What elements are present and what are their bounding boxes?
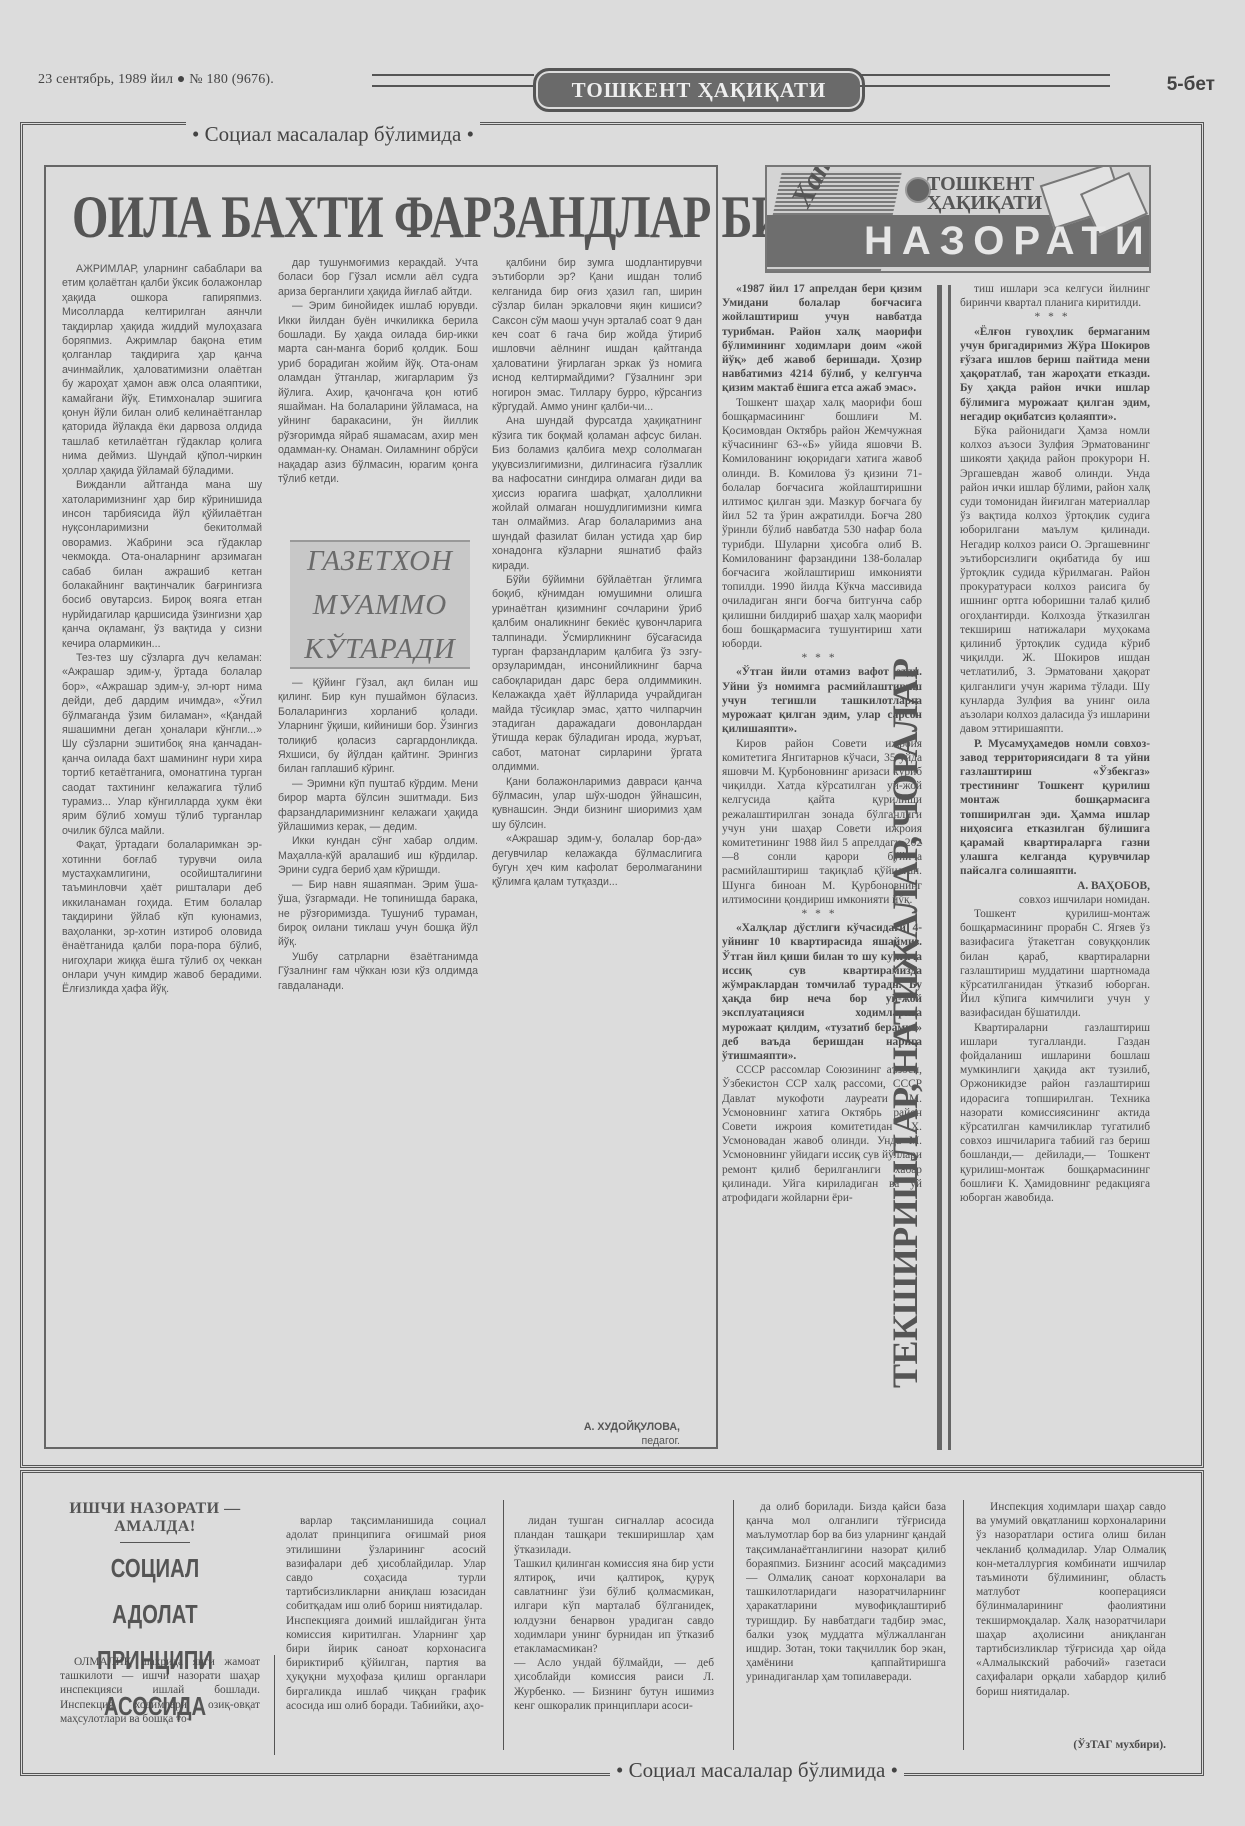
bottom-article-column-5: Инспекция ходимлари шаҳар савдо ва умуми… [976, 1500, 1166, 1740]
news-agency-credit: (ЎзТАГ мухбири). [976, 1738, 1166, 1752]
bottom-article-column-1: ОЛМАЛИҚ шаҳрида янги жамоат ташкилоти — … [60, 1655, 260, 1755]
main-article-column-3: қалбини бир зумга шодлантирувчи эътиборл… [492, 256, 702, 1371]
reader-letter: «Ёлғон гувоҳлик бермаганим учун бригадир… [960, 325, 1150, 424]
paragraph: варлар тақсимланишида социал адолат прин… [286, 1514, 486, 1713]
author-role: педагог. [492, 1434, 680, 1448]
reader-letter: Р. Мусамуҳамедов номли совхоз-завод терр… [960, 737, 1150, 879]
paragraph: — Эрим бинойидек ишлаб юрувди. Икки йилд… [278, 299, 478, 486]
kicker-line: ИШЧИ НАЗОРАТИ — [40, 1500, 270, 1518]
paragraph: қалбини бир зумга шодлантирувчи эътиборл… [492, 256, 702, 414]
letters-under-control-banner: Хатлар ТОШКЕНТ ҲАҚИҚАТИ НАЗОРАТИДА [765, 165, 1151, 273]
reader-letter: «1987 йил 17 апрелдан бери қизим Умидани… [722, 282, 922, 396]
separator-stars: *** [960, 310, 1150, 324]
rubric-reader-raises-problem: ГАЗЕТХОН МУАММО КЎТАРАДИ [290, 540, 470, 669]
paragraph: Инспекция ходимлари шаҳар савдо ва умуми… [976, 1500, 1166, 1699]
section-title-bottom: • Социал масалалар бўлимида • [610, 1758, 904, 1783]
rubric-line: ГАЗЕТХОН [307, 539, 453, 583]
paragraph: Тез-тез шу сўзларга дуч келаман: «Ажраша… [62, 651, 262, 838]
main-article-column-2: дар тушунмоғимиз керакдай. Учта боласи б… [278, 256, 478, 526]
section-title-top: • Социал масалалар бўлимида • [186, 122, 480, 147]
letter-signature: А. ВАҲОБОВ, [960, 879, 1150, 893]
paragraph: ОЛМАЛИҚ шаҳрида янги жамоат ташкилоти — … [60, 1655, 260, 1726]
response: Тошкент шаҳар халқ маорифи бош бошқармас… [722, 396, 922, 652]
column-divider [963, 1500, 964, 1750]
bottom-article-column-3: лидан тушган сигналлар асосида пландан т… [514, 1500, 714, 1756]
paragraph: Икки кундан сўнг хабар олдим. Маҳалла-кў… [278, 834, 478, 877]
article-signature: А. ХУДОЙҚУЛОВА, педагог. [492, 1420, 680, 1454]
paragraph: АЖРИМЛАР, уларнинг сабаблари ва етим қол… [62, 262, 262, 478]
vertical-headline: ТЕКШИРИШЛАР, НАТИЖАЛАР, ЧОРАЛАР [884, 659, 926, 1388]
banner-brand: ТОШКЕНТ ҲАҚИҚАТИ [927, 175, 1042, 213]
main-article-column-2-continued: — Қўйинг Гўзал, ақл билан иш қилинг. Бир… [278, 676, 478, 1416]
bottom-article-source: (ЎзТАГ мухбири). [976, 1738, 1166, 1756]
paragraph: Ушбу сатрларни ёзаётганимда Гўзалнинг ға… [278, 950, 478, 993]
kicker-rule [120, 1542, 190, 1543]
page-number: 5-бет [1167, 74, 1215, 96]
paragraph: лидан тушган сигналлар асосида пландан т… [514, 1514, 714, 1713]
paragraph: Фақат, ўртадаги болаларимкан эр-хотинни … [62, 838, 262, 996]
paragraph: Ана шундай фурсатда ҳақиқатнинг кўзига т… [492, 414, 702, 572]
vertical-rule [948, 285, 951, 1450]
control-column-right: тиш ишлари эса келгуси йилнинг биринчи к… [960, 282, 1150, 1452]
masthead-rule-left [372, 74, 534, 87]
banner-brand-line: ҲАҚИҚАТИ [927, 194, 1042, 213]
bottom-article-column-2: варлар тақсимланишида социал адолат прин… [286, 1500, 486, 1756]
paragraph: дар тушунмоғимиз керакдай. Учта боласи б… [278, 256, 478, 299]
column-divider [274, 1655, 275, 1755]
paragraph: — Бир навн яшаяпман. Эрим ўша-ўша, ўзгар… [278, 878, 478, 950]
rubric-line: КЎТАРАДИ [304, 627, 455, 671]
newspaper-nameplate: ТОШКЕНТ ҲАҚИҚАТИ [533, 68, 865, 112]
paragraph: да олиб борилади. Бизда қайси база қанча… [746, 1500, 946, 1685]
bottom-article-column-4: да олиб борилади. Бизда қайси база қанча… [746, 1500, 946, 1756]
column-divider [733, 1500, 734, 1750]
vertical-rule [937, 285, 942, 1450]
author-name: А. ХУДОЙҚУЛОВА, [492, 1420, 680, 1434]
column-divider [503, 1500, 504, 1750]
paragraph: Бўйи бўйимни бўйлаётган ўғлимга боқиб, к… [492, 573, 702, 775]
masthead-rule-right [860, 74, 1110, 87]
response: Квартираларни газлаштириш ишлари тугалла… [960, 1021, 1150, 1206]
response: Тошкент қурилиш-монтаж бошқармасининг пр… [960, 907, 1150, 1021]
banner-title: НАЗОРАТИДА [864, 219, 1151, 264]
response: тиш ишлари эса келгуси йилнинг биринчи к… [960, 282, 1150, 310]
kicker-line: АМАЛДА! [40, 1518, 270, 1536]
issue-date-and-number: 23 сентябрь, 1989 йил ● № 180 (9676). [38, 72, 274, 88]
paragraph: Вижданли айтганда мана шу хатоларимизнин… [62, 478, 262, 651]
response: Бўка районидаги Ҳамза номли колхоз аъзос… [960, 424, 1150, 736]
paragraph: — Қўйинг Гўзал, ақл билан иш қилинг. Бир… [278, 676, 478, 777]
paragraph: — Эримни кўп пуштаб кўрдим. Мени бирор м… [278, 777, 478, 835]
rubric-line: МУАММО [313, 583, 447, 627]
main-article-column-1: АЖРИМЛАР, уларнинг сабаблари ва етим қол… [62, 262, 262, 1412]
newspaper-name: ТОШКЕНТ ҲАҚИҚАТИ [572, 78, 827, 103]
paragraph: Қани болажонларимиз давраси қанча бўлмас… [492, 775, 702, 833]
headline-line: СОЦИАЛ АДОЛАТ [65, 1545, 244, 1637]
letter-signature-role: совхоз ишчилари номидан. [960, 893, 1150, 907]
paragraph: «Ажрашар эдим-у, болалар бор-да» дегувчи… [492, 832, 702, 890]
